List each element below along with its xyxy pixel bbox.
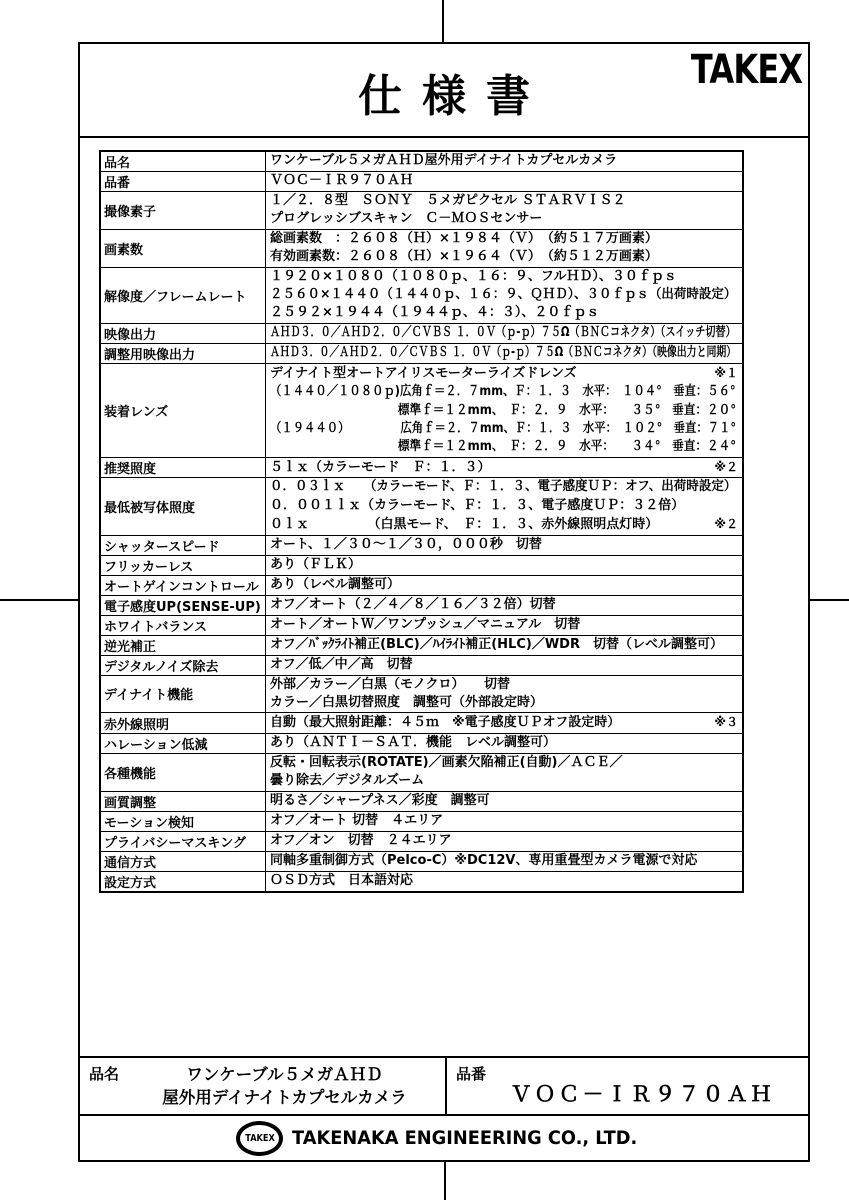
- product-number-value: ＶＯＣ－ＩＲ９７０ＡＨ: [477, 1078, 808, 1108]
- spec-row: 逆光補正オフ／ﾊﾞｯｸﾗｲﾄ補正(BLC)／ﾊｲﾗｲﾄ補正(HLC)／WDR 切…: [101, 636, 742, 656]
- spec-value: ＡＨＤ３．０／ＡＨＤ２．０／ＣＶＢＳ １．０Ｖ（ｐ-ｐ）７５Ω（ＢＮＣコネクタ）…: [266, 324, 742, 343]
- spec-label: 最低被写体照度: [101, 478, 266, 534]
- spec-label: フリッカーレス: [101, 556, 266, 575]
- spec-label: 通信方式: [101, 852, 266, 871]
- spec-value: ０．０３ｌｘ （カラーモード、Ｆ：１．３、電子感度ＵＰ：オフ、出荷時設定）０．０…: [266, 478, 742, 534]
- spec-value: ５ｌｘ（カラーモード Ｆ：１．３）※２: [266, 458, 742, 477]
- spec-label: 逆光補正: [101, 636, 266, 655]
- spec-value: ＯＳＤ方式 日本語対応: [266, 872, 742, 891]
- spec-label: 解像度／フレームレート: [101, 268, 266, 323]
- spec-label: 品名: [101, 152, 266, 171]
- spec-label: デジタルノイズ除去: [101, 656, 266, 675]
- spec-label: 赤外線照明: [101, 713, 266, 732]
- footer-company-row: TAKEX TAKENAKA ENGINEERING CO., LTD.: [80, 1116, 808, 1160]
- spec-row: 最低被写体照度０．０３ｌｘ （カラーモード、Ｆ：１．３、電子感度ＵＰ：オフ、出荷…: [101, 478, 742, 535]
- spec-label: プライバシーマスキング: [101, 832, 266, 851]
- footnote-marker: ※２: [710, 458, 738, 476]
- crop-mark-top: [442, 0, 444, 43]
- spec-row: デイナイト機能外部／カラー／白黒（モノクロ） 切替カラー／白黒切替照度 調整可（…: [101, 676, 742, 714]
- spec-value: 同軸多重制御方式（Pelco-C）※DC12V、専用重畳型カメラ電源で対応: [266, 852, 742, 871]
- spec-label: 各種機能: [101, 754, 266, 791]
- spec-value: あり（ＡＮＴＩ－ＳＡＴ．機能 レベル調整可）: [266, 734, 742, 753]
- product-name-value: ワンケーブル５メガＡＨＤ 屋外用デイナイトカプセルカメラ: [128, 1063, 441, 1109]
- spec-row: 各種機能反転・回転表示(ROTATE)／画素欠陥補正(自動)／ＡＣＥ／曇り除去／…: [101, 754, 742, 792]
- spec-row: シャッタースピードオート、１／３０～１／３０，０００秒 切替: [101, 536, 742, 556]
- spec-label: オートゲインコントロール: [101, 576, 266, 595]
- footnote-marker: ※１: [710, 364, 738, 382]
- spec-row: ハレーション低減あり（ＡＮＴＩ－ＳＡＴ．機能 レベル調整可）: [101, 734, 742, 754]
- product-name-line1: ワンケーブル５メガＡＨＤ: [128, 1063, 441, 1086]
- spec-value: 外部／カラー／白黒（モノクロ） 切替カラー／白黒切替照度 調整可（外部設定時）: [266, 676, 742, 713]
- spec-value: デイナイト型オートアイリスモーターライズドレンズ※１（１４４０／１０８０ｐ)広角…: [266, 364, 742, 457]
- spec-label: 設定方式: [101, 872, 266, 891]
- spec-row: 推奨照度５ｌｘ（カラーモード Ｆ：１．３）※２: [101, 458, 742, 478]
- spec-row: 画質調整明るさ／シャープネス／彩度 調整可: [101, 792, 742, 812]
- spec-label: 装着レンズ: [101, 364, 266, 457]
- spec-label: 撮像素子: [101, 192, 266, 229]
- spec-row: オートゲインコントロールあり（レベル調整可）: [101, 576, 742, 596]
- sheet-footer: 品名 ワンケーブル５メガＡＨＤ 屋外用デイナイトカプセルカメラ 品番 ＶＯＣ－Ｉ…: [78, 1056, 810, 1162]
- spec-label: 画質調整: [101, 792, 266, 811]
- spec-value: オフ／オート 切替 ４エリア: [266, 812, 742, 831]
- spec-row: 設定方式ＯＳＤ方式 日本語対応: [101, 872, 742, 891]
- spec-value: ＶＯＣ－ＩＲ９７０ＡＨ: [266, 172, 742, 191]
- spec-value: あり（レベル調整可）: [266, 576, 742, 595]
- sheet-header: 仕様書 TAKEX: [80, 44, 808, 138]
- spec-sheet-page: 仕様書 TAKEX 品名ワンケーブル５メガＡＨＤ屋外用デイナイトカプセルカメラ品…: [78, 42, 810, 1162]
- spec-row: デジタルノイズ除去オフ／低／中／高 切替: [101, 656, 742, 676]
- spec-row: 画素数総画素数 ：２６０８（Ｈ）×１９８４（Ｖ） （約５１７万画素）有効画素数：…: [101, 230, 742, 268]
- spec-label: モーション検知: [101, 812, 266, 831]
- takex-ellipse-logo-text: TAKEX: [245, 1133, 275, 1144]
- company-name: TAKENAKA ENGINEERING CO., LTD.: [292, 1128, 637, 1149]
- spec-label: ハレーション低減: [101, 734, 266, 753]
- spec-row: フリッカーレスあり（ＦＬＫ）: [101, 556, 742, 576]
- spec-value: 自動（最大照射距離：４５ｍ ※電子感度ＵＰオフ設定時）※３: [266, 713, 742, 732]
- spec-row: プライバシーマスキングオフ／オン 切替 ２４エリア: [101, 832, 742, 852]
- spec-label: 電子感度UP(SENSE-UP): [101, 596, 266, 615]
- crop-mark-bottom: [444, 1161, 446, 1200]
- spec-value: あり（ＦＬＫ）: [266, 556, 742, 575]
- spec-table: 品名ワンケーブル５メガＡＨＤ屋外用デイナイトカプセルカメラ品番ＶＯＣ－ＩＲ９７０…: [99, 150, 744, 893]
- spec-row: 赤外線照明自動（最大照射距離：４５ｍ ※電子感度ＵＰオフ設定時）※３: [101, 713, 742, 733]
- spec-value: オフ／低／中／高 切替: [266, 656, 742, 675]
- spec-value: 反転・回転表示(ROTATE)／画素欠陥補正(自動)／ＡＣＥ／曇り除去／デジタル…: [266, 754, 742, 791]
- spec-label: 画素数: [101, 230, 266, 267]
- spec-value: 総画素数 ：２６０８（Ｈ）×１９８４（Ｖ） （約５１７万画素）有効画素数：２６０…: [266, 230, 742, 267]
- footnote-marker: ※３: [710, 713, 738, 731]
- spec-value: 明るさ／シャープネス／彩度 調整可: [266, 792, 742, 811]
- spec-value: オート、１／３０～１／３０，０００秒 切替: [266, 536, 742, 555]
- takex-logo-text: TAKEX: [691, 47, 802, 93]
- spec-label: 映像出力: [101, 324, 266, 343]
- spec-row: 解像度／フレームレート１９２０×１０８０（１０８０ｐ、１６：９、フルＨＤ）、３０…: [101, 268, 742, 324]
- spec-value: オート／オートＷ／ワンプッシュ／マニュアル 切替: [266, 616, 742, 635]
- spec-value: オフ／オート（２／４／８／１６／３２倍）切替: [266, 596, 742, 615]
- spec-row: モーション検知オフ／オート 切替 ４エリア: [101, 812, 742, 832]
- spec-label: 品番: [101, 172, 266, 191]
- product-name-line2: 屋外用デイナイトカプセルカメラ: [128, 1086, 441, 1109]
- spec-row: 映像出力ＡＨＤ３．０／ＡＨＤ２．０／ＣＶＢＳ １．０Ｖ（ｐ-ｐ）７５Ω（ＢＮＣコ…: [101, 324, 742, 344]
- spec-row: 品番ＶＯＣ－ＩＲ９７０ＡＨ: [101, 172, 742, 192]
- spec-label: 推奨照度: [101, 458, 266, 477]
- spec-label: ホワイトバランス: [101, 616, 266, 635]
- spec-label: 調整用映像出力: [101, 344, 266, 363]
- crop-mark-right: [809, 599, 849, 601]
- spec-row: 装着レンズデイナイト型オートアイリスモーターライズドレンズ※１（１４４０／１０８…: [101, 364, 742, 458]
- spec-label: シャッタースピード: [101, 536, 266, 555]
- footer-product-row: 品名 ワンケーブル５メガＡＨＤ 屋外用デイナイトカプセルカメラ 品番 ＶＯＣ－Ｉ…: [80, 1058, 808, 1116]
- spec-value: ＡＨＤ３．０／ＡＨＤ２．０／ＣＶＢＳ １．０Ｖ（ｐ-ｐ）７５Ω（ＢＮＣコネクタ）…: [266, 344, 742, 363]
- spec-row: 電子感度UP(SENSE-UP)オフ／オート（２／４／８／１６／３２倍）切替: [101, 596, 742, 616]
- spec-row: 通信方式同軸多重制御方式（Pelco-C）※DC12V、専用重畳型カメラ電源で対…: [101, 852, 742, 872]
- spec-row: 撮像素子１／２．８型 ＳＯＮＹ ５メガピクセル ＳＴＡＲＶＩＳ２プログレッシブス…: [101, 192, 742, 230]
- spec-value: オフ／ﾊﾞｯｸﾗｲﾄ補正(BLC)／ﾊｲﾗｲﾄ補正(HLC)／WDR 切替（レベ…: [266, 636, 742, 655]
- footnote-marker: ※２: [710, 515, 738, 533]
- spec-value: １／２．８型 ＳＯＮＹ ５メガピクセル ＳＴＡＲＶＩＳ２プログレッシブスキャン …: [266, 192, 742, 229]
- spec-label: デイナイト機能: [101, 676, 266, 713]
- spec-value: ワンケーブル５メガＡＨＤ屋外用デイナイトカプセルカメラ: [266, 152, 742, 171]
- spec-row: 調整用映像出力ＡＨＤ３．０／ＡＨＤ２．０／ＣＶＢＳ １．０Ｖ（ｐ-ｐ）７５Ω（Ｂ…: [101, 344, 742, 364]
- footer-product-name-cell: 品名 ワンケーブル５メガＡＨＤ 屋外用デイナイトカプセルカメラ: [80, 1058, 447, 1114]
- takex-ellipse-logo-icon: TAKEX: [236, 1121, 283, 1156]
- spec-row: 品名ワンケーブル５メガＡＨＤ屋外用デイナイトカプセルカメラ: [101, 152, 742, 172]
- crop-mark-left: [0, 599, 79, 601]
- spec-value: １９２０×１０８０（１０８０ｐ、１６：９、フルＨＤ）、３０ｆｐｓ２５６０×１４４…: [266, 268, 742, 323]
- spec-value: オフ／オン 切替 ２４エリア: [266, 832, 742, 851]
- footer-product-number-cell: 品番 ＶＯＣ－ＩＲ９７０ＡＨ: [447, 1058, 808, 1114]
- spec-row: ホワイトバランスオート／オートＷ／ワンプッシュ／マニュアル 切替: [101, 616, 742, 636]
- product-name-label: 品名: [89, 1063, 119, 1084]
